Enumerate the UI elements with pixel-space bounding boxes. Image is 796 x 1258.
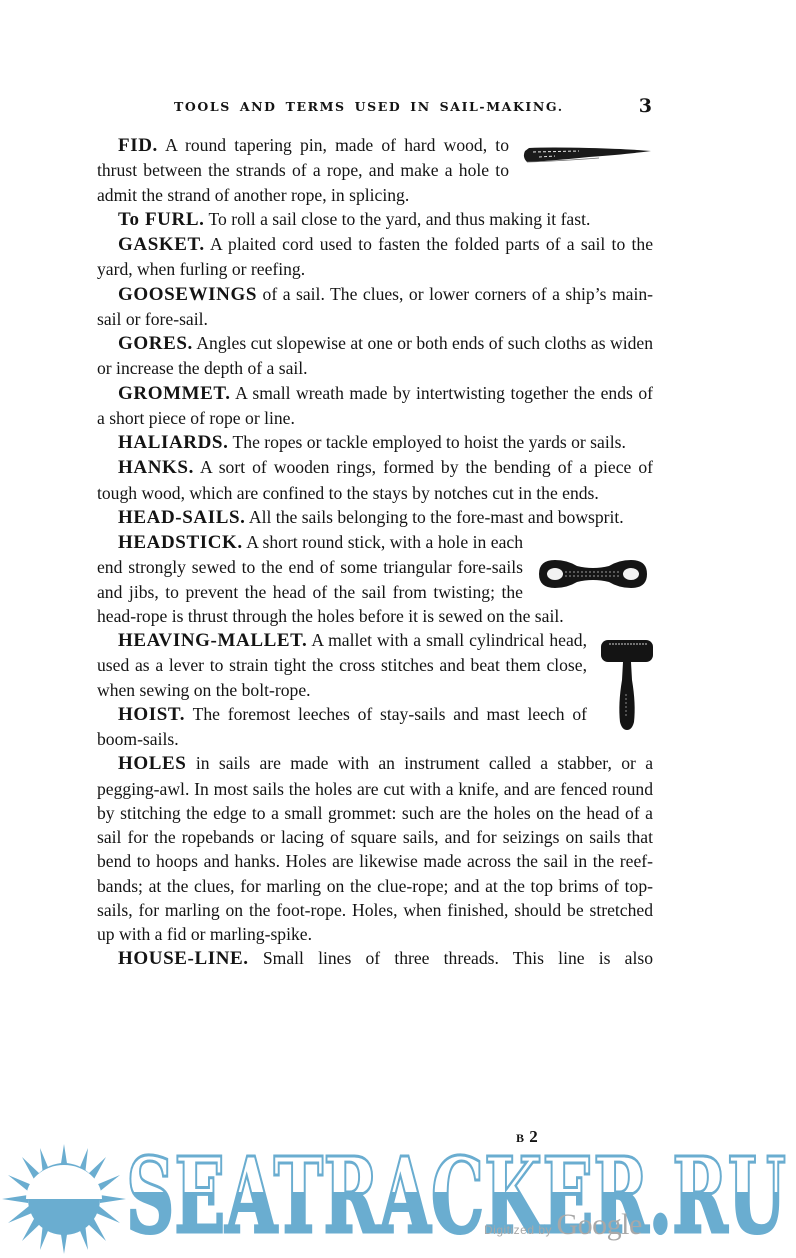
entry-headstick: HEADSTICK. A short round stick, with a h…	[97, 530, 653, 628]
entry-hanks: HANKS. A sort of wooden rings, formed by…	[97, 455, 653, 505]
term: HEAD-SAILS.	[118, 507, 246, 528]
definition: All the sails belonging to the fore-mast…	[246, 507, 624, 527]
term: GASKET.	[118, 234, 205, 255]
headstick-illustration-icon	[533, 552, 653, 596]
term: GORES.	[118, 333, 193, 354]
entry-hoist: HOIST. The foremost leeches of stay-sail…	[97, 702, 653, 752]
entry-grommet: GROMMET. A small wreath made by intertwi…	[97, 381, 653, 431]
heaving-mallet-illustration-icon	[597, 634, 657, 732]
term: HOUSE-LINE.	[118, 948, 249, 969]
entry-holes: HOLES in sails are made with an instrume…	[97, 751, 653, 946]
entry-house-line: HOUSE-LINE. Small lines of three threads…	[97, 946, 653, 971]
term: GROMMET.	[118, 383, 231, 404]
definition: A round tapering pin, made of hard wood,…	[97, 135, 509, 205]
term: HALIARDS.	[118, 432, 228, 453]
term: HEAVING-MALLET.	[118, 630, 307, 651]
term: FID.	[118, 135, 158, 156]
entry-fid: FID. A round tapering pin, made of hard …	[97, 133, 653, 207]
digitized-by-label: Digitized by	[484, 1223, 552, 1237]
glossary-text: FID. A round tapering pin, made of hard …	[97, 133, 653, 972]
watermark-text: SEATRACKER.RU SEATRACKER.RU	[126, 1142, 796, 1242]
entry-heaving-mallet: HEAVING-MALLET. A mallet with a small cy…	[97, 628, 653, 702]
term: GOOSEWINGS	[118, 284, 257, 305]
term: HOIST.	[118, 704, 185, 725]
running-title: TOOLS AND TERMS USED IN SAIL-MAKING.	[174, 99, 564, 114]
term: To FURL.	[118, 209, 204, 230]
entry-gores: GORES. Angles cut slopewise at one or bo…	[97, 331, 653, 381]
term: HOLES	[118, 753, 186, 774]
term: HANKS.	[118, 457, 194, 478]
google-logo-text: Google	[556, 1208, 641, 1241]
entry-goosewings: GOOSEWINGS of a sail. The clues, or lowe…	[97, 282, 653, 332]
digitized-by-google-stamp: Digitized by Google	[484, 1208, 642, 1242]
fid-illustration-icon	[519, 137, 653, 181]
seatracker-watermark: SEATRACKER.RU SEATRACKER.RU	[0, 1140, 796, 1258]
term: HEADSTICK.	[118, 532, 243, 553]
definition: To roll a sail close to the yard, and th…	[204, 209, 590, 229]
definition: Small lines of three threads. This line …	[249, 948, 653, 968]
entry-gasket: GASKET. A plaited cord used to fasten th…	[97, 232, 653, 282]
sun-over-sea-icon	[0, 1140, 128, 1258]
entry-haliards: HALIARDS. The ropes or tackle employed t…	[97, 430, 653, 455]
entry-head-sails: HEAD-SAILS. All the sails belonging to t…	[97, 505, 653, 530]
page-number: 3	[639, 95, 652, 117]
definition: in sails are made with an instrument cal…	[97, 753, 653, 944]
entry-furl: To FURL. To roll a sail close to the yar…	[97, 207, 653, 232]
running-head: TOOLS AND TERMS USED IN SAIL-MAKING. 3	[174, 97, 654, 121]
definition: The ropes or tackle employed to hoist th…	[228, 432, 625, 452]
